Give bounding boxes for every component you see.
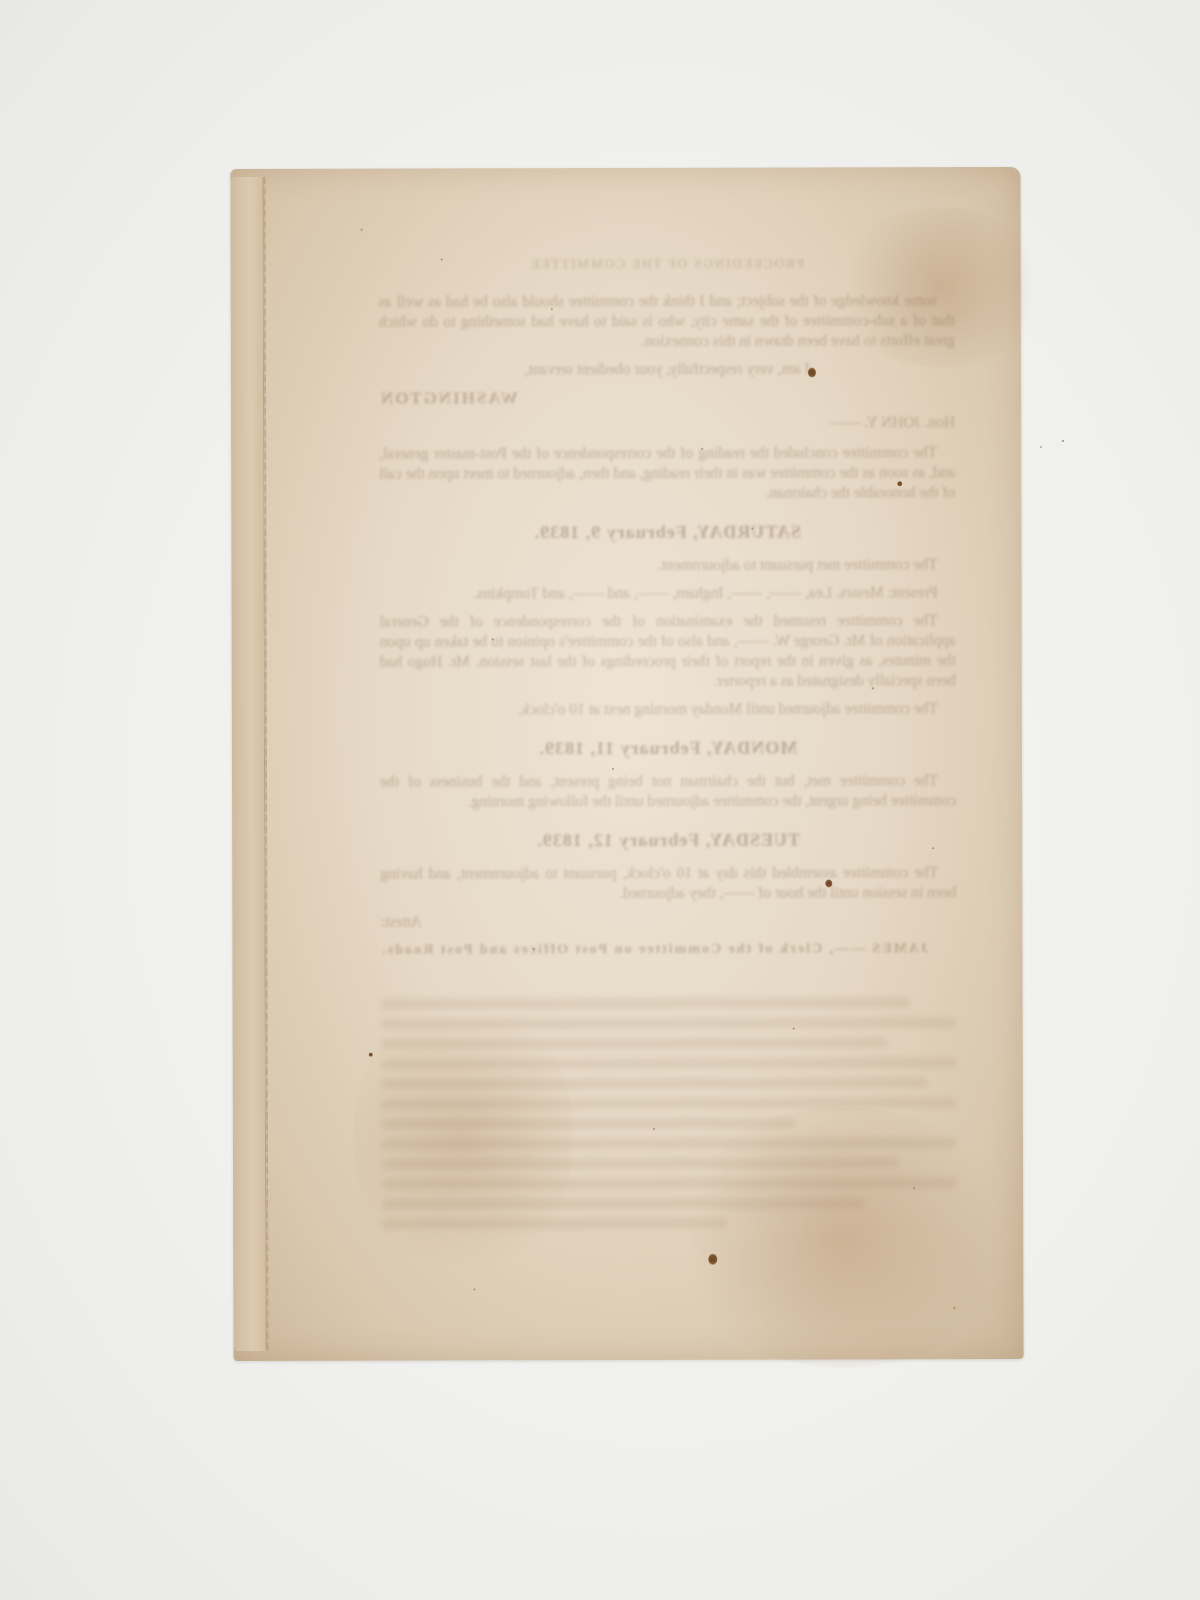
closing-line: I am, very respectfully, your obedient s… [379,359,955,381]
bleed-through-text: PROCEEDINGS OF THE COMMITTEE some knowle… [379,253,957,967]
foxing-spot [825,879,832,887]
running-head: PROCEEDINGS OF THE COMMITTEE [379,253,955,275]
paragraph: The committee adjourned until Monday mor… [380,699,956,721]
attest-name: JAMES ——, Clerk of the Committee on Post… [380,939,956,961]
signature: WASHINGTON [379,387,955,409]
foxing-spot [708,1254,717,1265]
foxing-spot [369,1053,373,1057]
paper-leaf: PROCEEDINGS OF THE COMMITTEE some knowle… [230,167,1023,1361]
section-heading-monday: MONDAY, February 11, 1839. [380,737,956,759]
paragraph: The committee met pursuant to adjournmen… [379,555,955,577]
paragraph: Present: Messrs. Lea, ——, ——, Ingham, ——… [380,583,956,605]
foxing-spot [808,368,816,378]
attest-label: Attest: [380,911,956,933]
paragraph: The committee concluded the reading of t… [379,443,955,505]
binding-fold-edge [230,177,266,1351]
section-heading-tuesday: TUESDAY, February 12, 1839. [380,829,956,851]
paragraph: The committee assembled this day at 10 o… [380,863,956,905]
paragraph: The committee met, but the chairman not … [380,771,956,813]
foxing-spot [897,481,902,486]
paragraph: The committee resumed the examination of… [380,611,956,693]
faded-text-lines [381,997,958,1289]
addressee: Hon. JOHN Y. —— [379,413,955,435]
section-heading-saturday: SATURDAY, February 9, 1839. [379,521,955,543]
paragraph: some knowledge of the subject; and I thi… [379,291,955,353]
